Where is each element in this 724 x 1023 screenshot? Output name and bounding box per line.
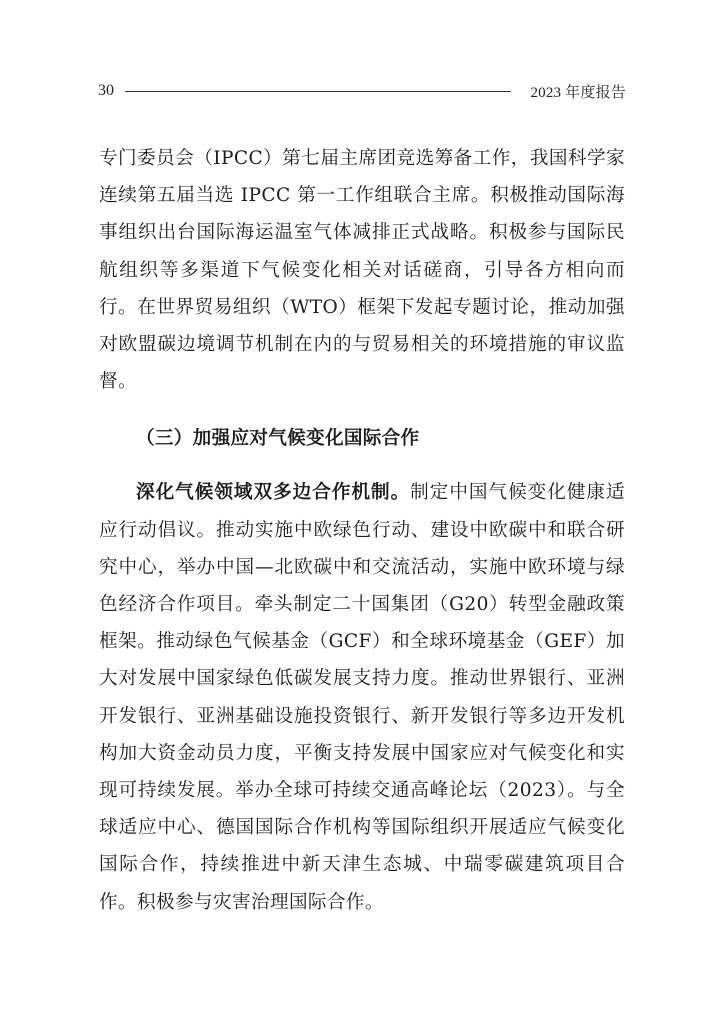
section-heading: （三）加强应对气候变化国际合作 xyxy=(99,420,625,457)
paragraph-lead-bold: 深化气候领域双多边合作机制。 xyxy=(136,482,410,503)
page-number: 30 xyxy=(98,82,122,100)
paragraph-body-text: 制定中国气候变化健康适应行动倡议。推动实施中欧绿色行动、建设中欧碳中和联合研究中… xyxy=(99,482,625,912)
page-header: 30 2023 年度报告 xyxy=(98,80,626,102)
header-divider xyxy=(125,91,511,92)
report-title: 2023 年度报告 xyxy=(530,81,626,102)
paragraph-cooperation: 深化气候领域双多边合作机制。制定中国气候变化健康适应行动倡议。推动实施中欧绿色行… xyxy=(99,474,625,920)
paragraph-continued: 专门委员会（IPCC）第七届主席团竞选筹备工作，我国科学家连续第五届当选 IPC… xyxy=(99,140,625,400)
page-content: 专门委员会（IPCC）第七届主席团竞选筹备工作，我国科学家连续第五届当选 IPC… xyxy=(99,140,625,921)
